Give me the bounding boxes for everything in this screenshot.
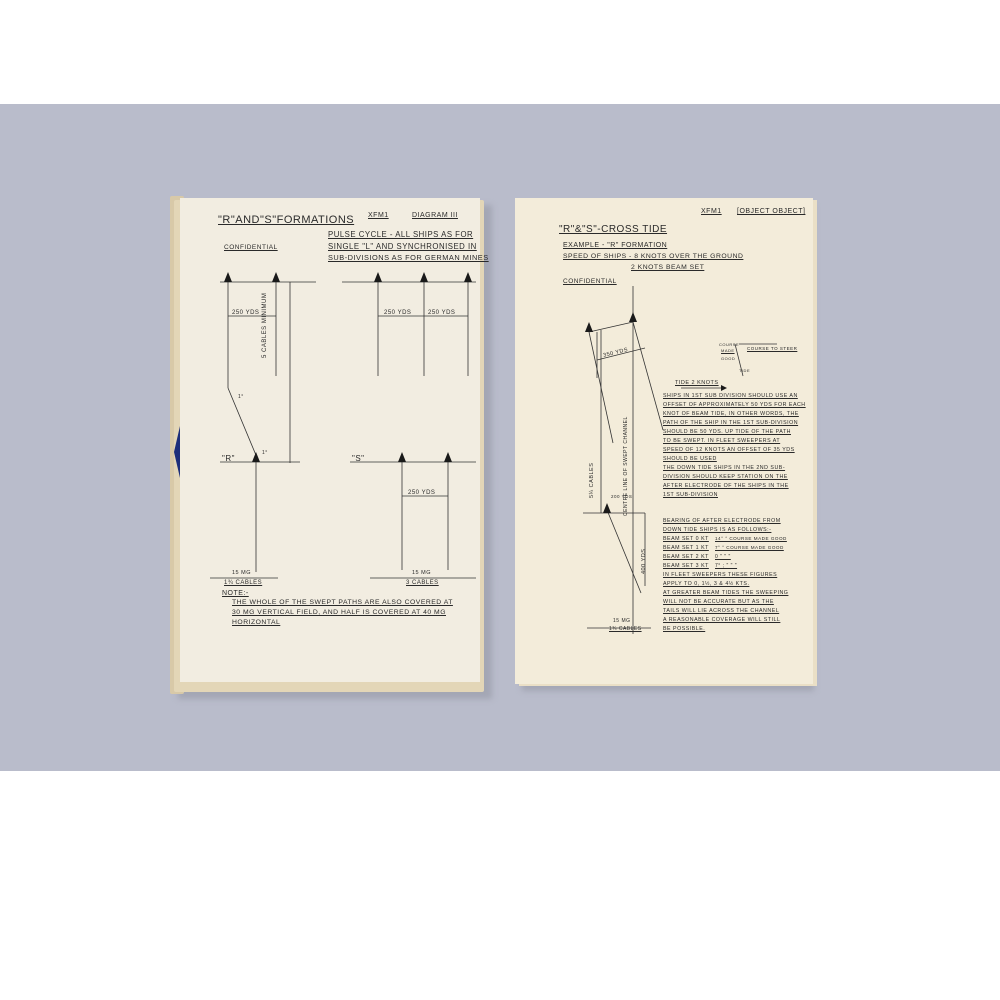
para1-line: KNOT OF BEAM TIDE, IN OTHER WORDS, THE xyxy=(663,411,799,417)
para3-line: IN FLEET SWEEPERS THESE FIGURES xyxy=(663,572,777,578)
para1-line: SHOULD BE 50 YDS. UP TIDE OF THE PATH xyxy=(663,429,791,435)
para1-line: SPEED OF 12 KNOTS AN OFFSET OF 35 YDS xyxy=(663,447,795,453)
bearing-row-value: 7° ° COURSE MADE GOOD xyxy=(715,545,784,550)
left-page: "R"AND"S"FORMATIONS XFM1 DIAGRAM III CON… xyxy=(180,198,480,682)
para3-line: TAILS WILL LIE ACROSS THE CHANNEL xyxy=(663,608,779,614)
para1-line: THE DOWN TIDE SHIPS IN THE 2nd SUB- xyxy=(663,465,785,471)
right-tail-label: 400 YDS xyxy=(641,549,647,574)
s-width-label: 3 CABLES xyxy=(406,580,439,586)
para1-line: SHOULD BE USED xyxy=(663,456,717,462)
vector-tide-label: TIDE xyxy=(739,368,750,373)
s-field-label: 15 mg xyxy=(412,570,431,576)
grey-backdrop xyxy=(0,104,1000,771)
para3-line: A REASONABLE COVERAGE WILL STILL xyxy=(663,617,780,623)
bearing-row-beam-set: BEAM SET 0 KT xyxy=(663,536,709,542)
s-spacing-label: 250 YDS xyxy=(408,490,435,496)
para2-line: DOWN TIDE SHIPS IS AS FOLLOWS:- xyxy=(663,527,771,533)
para2-line: BEARING OF AFTER ELECTRODE FROM xyxy=(663,518,781,524)
para1-line: SHIPS IN 1st SUB DIVISION SHOULD USE AN xyxy=(663,393,798,399)
para1-line: TO BE SWEPT. IN FLEET SWEEPERS AT xyxy=(663,438,780,444)
right-depth-label: 5¼ CABLES xyxy=(589,463,595,498)
s-formation-label: "S" xyxy=(352,454,365,463)
r-depth-label: 5 CABLES MINIMUM xyxy=(262,293,268,358)
tide-label: TIDE 2 KNOTS xyxy=(675,380,719,386)
top-right-spacing-2: 250 YDS xyxy=(428,310,455,316)
r-formation-label: "R" xyxy=(222,454,235,463)
right-document-sheet: XFM1 [object Object] "R"&"S"-CROSS TIDE … xyxy=(515,198,813,684)
right-offset-label: 200 YDS xyxy=(611,494,632,499)
para1-line: AFTER ELECTRODE OF THE SHIPS IN THE xyxy=(663,483,789,489)
vector-label-course: COURSE xyxy=(719,342,739,347)
r-angle-bottom: 1° xyxy=(262,450,268,456)
para3-line: BE POSSIBLE. xyxy=(663,626,705,632)
right-width-label: 1¾ CABLES xyxy=(609,626,642,632)
vector-label-good: GOOD xyxy=(721,356,735,361)
para1-line: DIVISION SHOULD KEEP STATION ON THE xyxy=(663,474,788,480)
r-angle-top: 1° xyxy=(238,394,244,400)
bearing-row-beam-set: BEAM SET 2 KT xyxy=(663,554,709,560)
right-field-label: 15 mg xyxy=(613,618,631,624)
note-heading: NOTE:- xyxy=(222,590,249,597)
bearing-row-beam-set: BEAM SET 1 KT xyxy=(663,545,709,551)
bearing-row-value: 0 " " " xyxy=(715,554,731,560)
note-line-3: HORIZONTAL xyxy=(232,619,280,626)
para1-line: PATH OF THE SHIP IN THE 1st SUB-DIVISION xyxy=(663,420,798,426)
para1-line: OFFSET OF APPROXIMATELY 50 YDS FOR EACH xyxy=(663,402,806,408)
note-line-2: 30 mg VERTICAL FIELD, AND HALF IS COVERE… xyxy=(232,609,446,616)
left-document-booklet: "R"AND"S"FORMATIONS XFM1 DIAGRAM III CON… xyxy=(170,196,486,694)
vector-steer-label: COURSE TO STEER xyxy=(747,346,797,351)
para3-line: WILL NOT BE ACCURATE BUT AS THE xyxy=(663,599,774,605)
r-field-label: 15 mg xyxy=(232,570,251,576)
para3-line: APPLY TO 0, 1½, 3 & 4½ KTS. xyxy=(663,581,749,587)
top-right-spacing-1: 250 YDS xyxy=(384,310,411,316)
centre-line-label: CENTRE LINE OF SWEPT CHANNEL xyxy=(623,416,629,516)
r-width-label: 1¾ CABLES xyxy=(224,580,262,586)
bearing-row-value: 14° ° COURSE MADE GOOD xyxy=(715,536,787,541)
bearing-row-beam-set: BEAM SET 3 KT xyxy=(663,563,709,569)
note-line-1: THE WHOLE OF THE SWEPT PATHS ARE ALSO CO… xyxy=(232,599,453,606)
para3-line: AT GREATER BEAM TIDES THE SWEEPING xyxy=(663,590,788,596)
bearing-row-value: 7° ; " " " xyxy=(715,563,737,569)
vector-label-made: MADE xyxy=(721,348,735,353)
para1-line: 1st SUB-DIVISION xyxy=(663,492,718,498)
r-spacing-label: 250 YDS xyxy=(232,310,259,316)
